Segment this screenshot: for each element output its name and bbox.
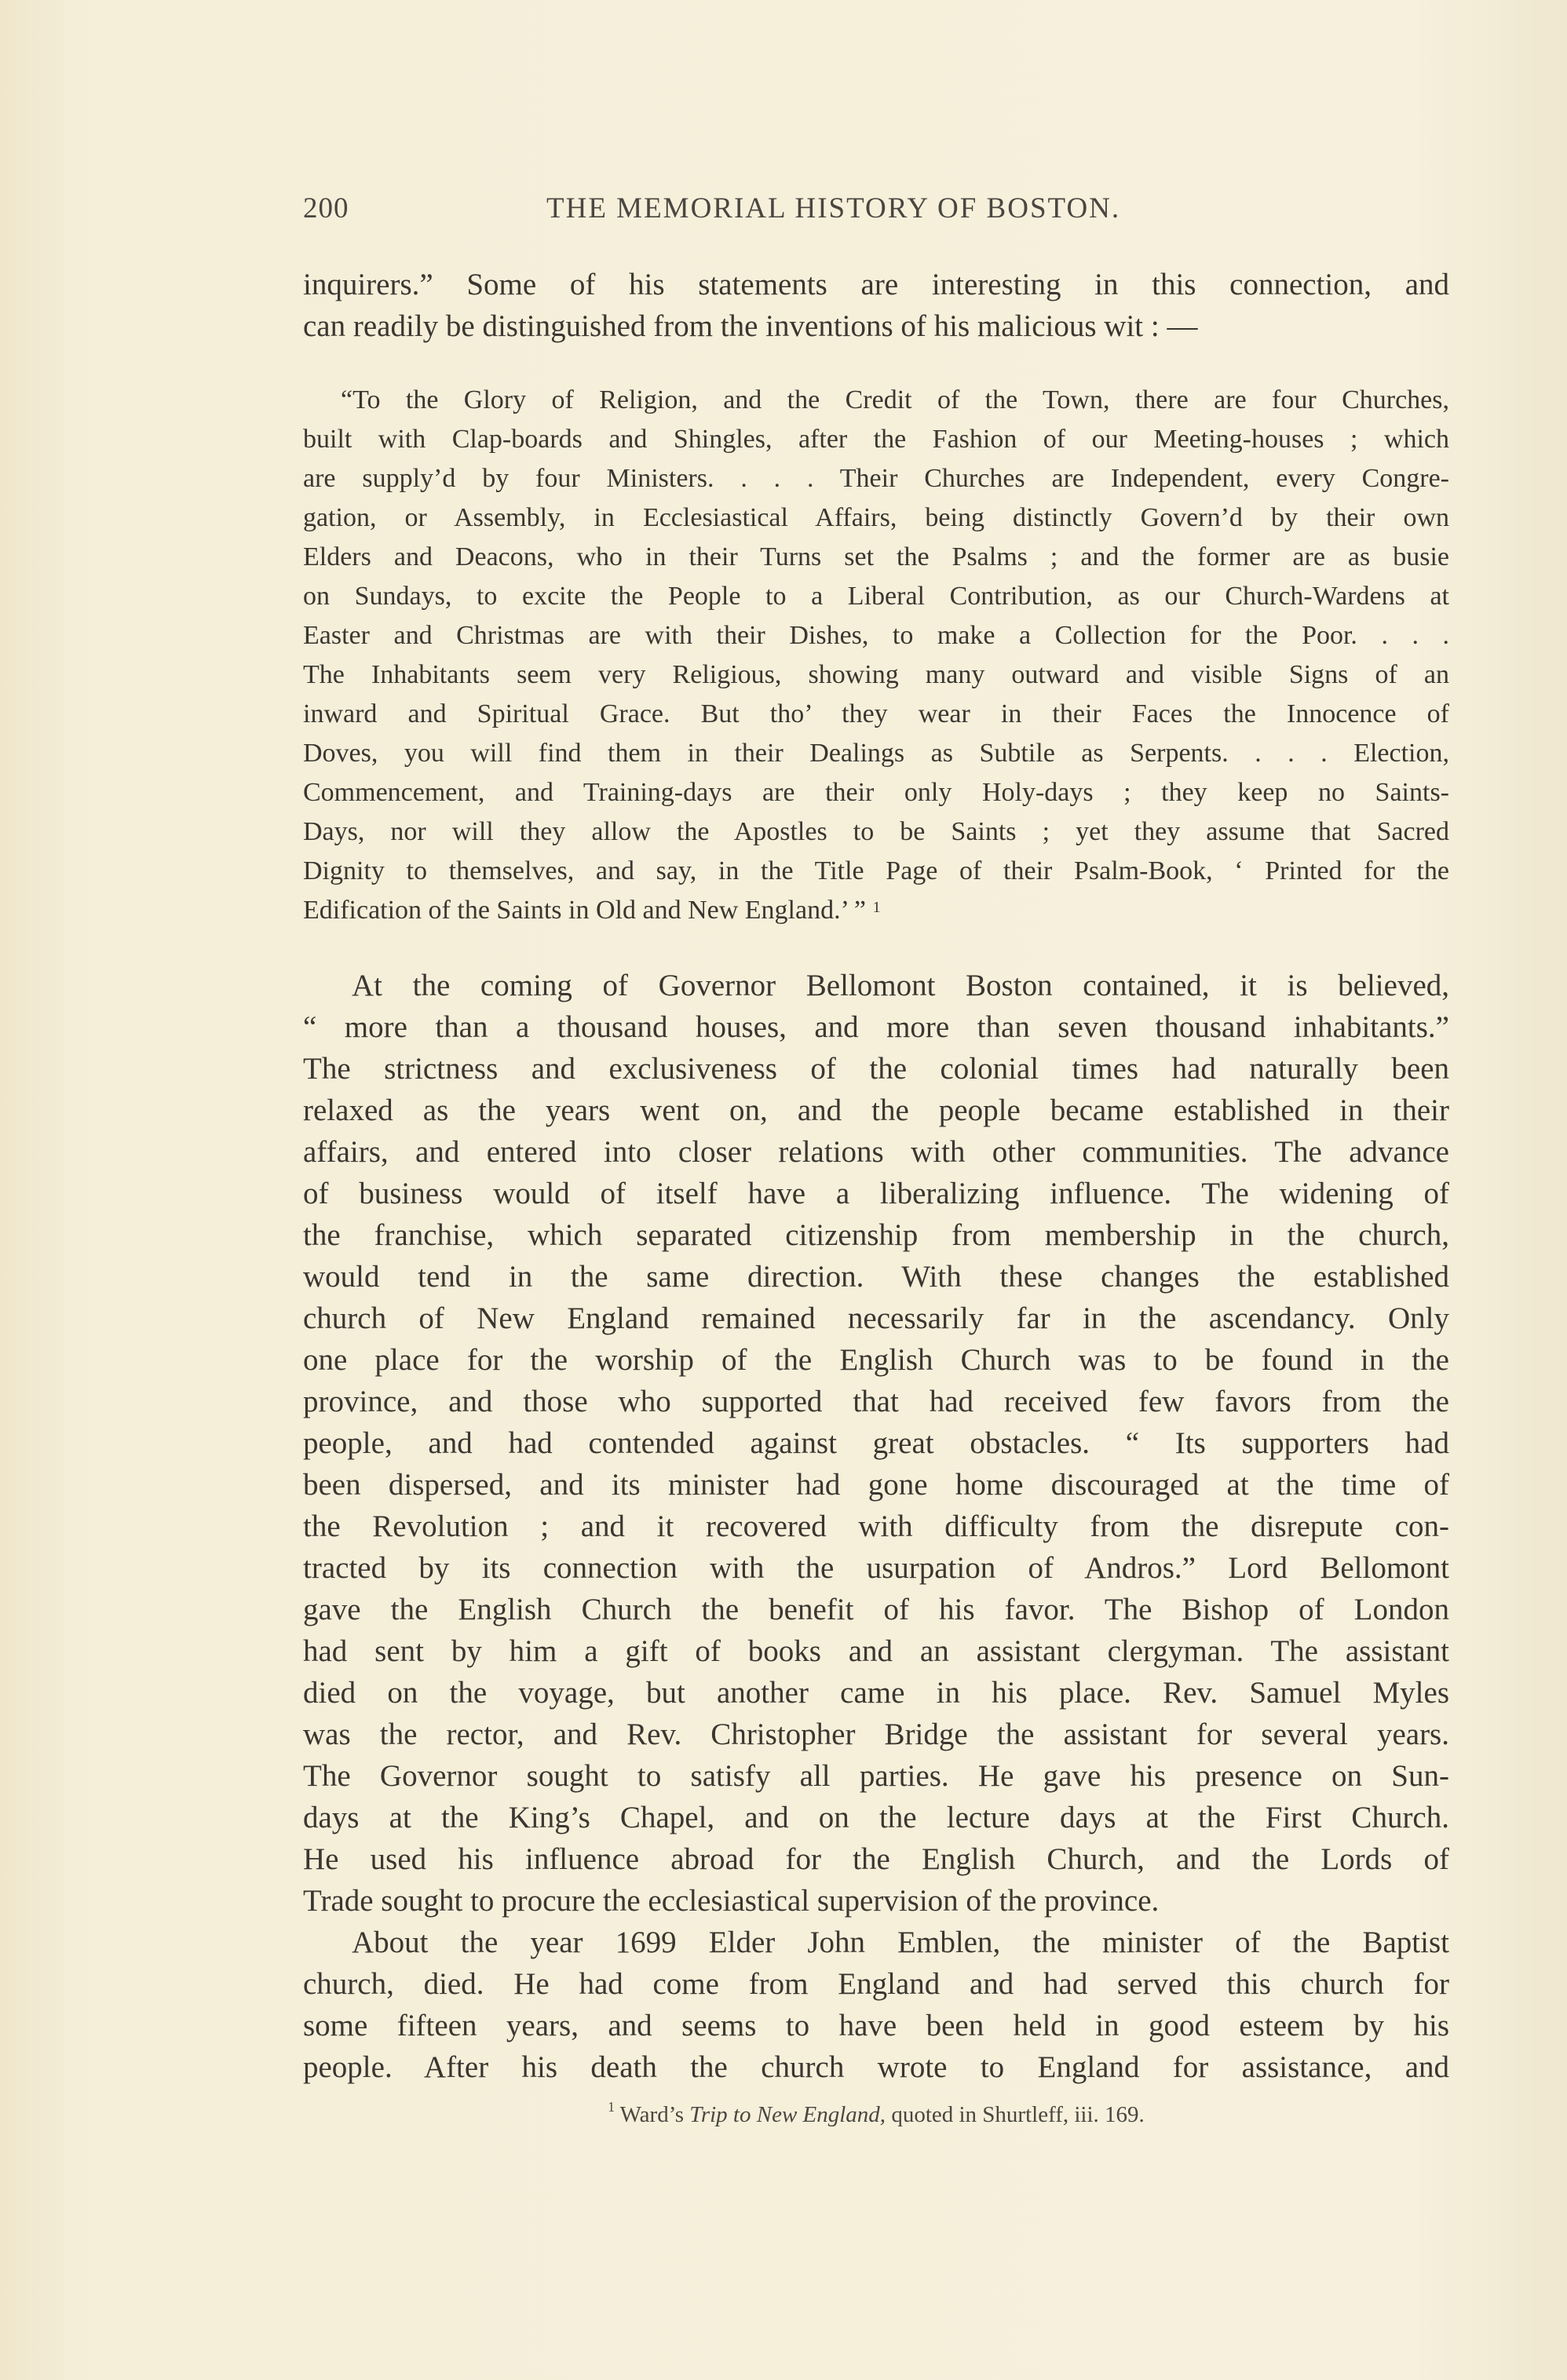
running-head: 200 THE MEMORIAL HISTORY OF BOSTON. <box>303 192 1449 231</box>
quote-line: Dignity to themselves, and say, in the T… <box>303 852 1449 891</box>
paragraph-line: At the coming of Governor Bellomont Bost… <box>303 966 1449 1006</box>
paragraph-line: the franchise, which separated citizensh… <box>303 1215 1449 1256</box>
footnote-suffix: quoted in Shurtleff, iii. 169. <box>891 2102 1144 2127</box>
quote-line: Commencement, and Training-days are thei… <box>303 773 1449 812</box>
paragraph-line: was the rector, and Rev. Christopher Bri… <box>303 1714 1449 1755</box>
intro-line: inquirers.” Some of his statements are i… <box>303 265 1449 305</box>
running-title: THE MEMORIAL HISTORY OF BOSTON. <box>546 192 1120 225</box>
quote-line: Easter and Christmas are with their Dish… <box>303 616 1449 655</box>
paragraph-line: church of New England remained necessari… <box>303 1298 1449 1339</box>
paragraph-line: The strictness and exclusiveness of the … <box>303 1049 1449 1090</box>
paragraph-line: He used his influence abroad for the Eng… <box>303 1839 1449 1880</box>
quote-line-last: Edification of the Saints in Old and New… <box>303 891 1449 930</box>
paragraph-line: gave the English Church the benefit of h… <box>303 1590 1449 1630</box>
quote-line: The Inhabitants seem very Religious, sho… <box>303 655 1449 695</box>
paragraph-line: province, and those who supported that h… <box>303 1382 1449 1422</box>
quote-line: Doves, you will find them in their Deali… <box>303 734 1449 773</box>
quote-line: Days, nor will they allow the Apostles t… <box>303 812 1449 852</box>
paragraph-line: had sent by him a gift of books and an a… <box>303 1631 1449 1672</box>
footnote-marker: 1 <box>872 899 880 916</box>
paragraph-line: some fifteen years, and seems to have be… <box>303 2006 1449 2046</box>
paragraph-line: church, died. He had come from England a… <box>303 1964 1449 2005</box>
quote-line: are supply’d by four Ministers. . . . Th… <box>303 459 1449 498</box>
quote-line: built with Clap-boards and Shingles, aft… <box>303 420 1449 459</box>
paragraph-line: been dispersed, and its minister had gon… <box>303 1465 1449 1506</box>
paragraph-line: one place for the worship of the English… <box>303 1340 1449 1381</box>
paragraph-line: relaxed as the years went on, and the pe… <box>303 1090 1449 1131</box>
paragraph-line: would tend in the same direction. With t… <box>303 1257 1449 1298</box>
paragraph-line: days at the King’s Chapel, and on the le… <box>303 1798 1449 1838</box>
quote-line: inward and Spiritual Grace. But tho’ the… <box>303 695 1449 734</box>
paragraph-line: “ more than a thousand houses, and more … <box>303 1007 1449 1048</box>
quote-text: Edification of the Saints in Old and New… <box>303 896 866 925</box>
quote-line: on Sundays, to excite the People to a Li… <box>303 577 1449 616</box>
intro-line: can readily be distinguished from the in… <box>303 306 1449 347</box>
paragraph-line: the Revolution ; and it recovered with d… <box>303 1506 1449 1547</box>
paragraph-line: of business would of itself have a liber… <box>303 1174 1449 1214</box>
page-number: 200 <box>303 192 349 225</box>
paragraph-line: people. After his death the church wrote… <box>303 2047 1449 2088</box>
quote-line: gation, or Assembly, in Ecclesiastical A… <box>303 498 1449 538</box>
footnote-title: Trip to New England, <box>689 2102 886 2127</box>
paragraph-line: affairs, and entered into closer relatio… <box>303 1132 1449 1173</box>
footnote: 1 Ward’s Trip to New England, quoted in … <box>303 2102 1449 2128</box>
footnote-prefix: Ward’s <box>620 2102 684 2127</box>
quote-line: Elders and Deacons, who in their Turns s… <box>303 538 1449 577</box>
paragraph-line: Trade sought to procure the ecclesiastic… <box>303 1881 1449 1922</box>
paragraph-line: people, and had contended against great … <box>303 1423 1449 1464</box>
paragraph-line: died on the voyage, but another came in … <box>303 1673 1449 1714</box>
paragraph-line: tracted by its connection with the usurp… <box>303 1548 1449 1589</box>
paragraph-line: About the year 1699 Elder John Emblen, t… <box>303 1922 1449 1963</box>
paragraph-line: The Governor sought to satisfy all parti… <box>303 1756 1449 1797</box>
quote-line: “To the Glory of Religion, and the Credi… <box>303 381 1449 420</box>
footnote-number: 1 <box>608 2099 615 2115</box>
